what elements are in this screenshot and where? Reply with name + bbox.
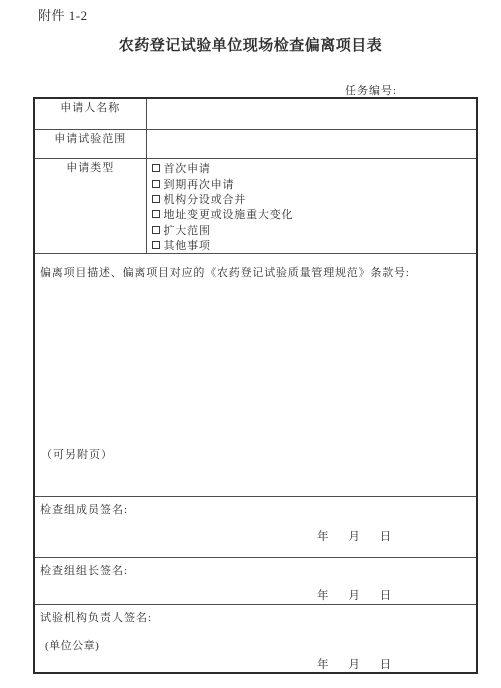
checkbox-icon[interactable]	[152, 226, 160, 234]
deviation-attach-note: （可另附页）	[41, 448, 113, 463]
deviation-heading: 偏离项目描述、偏离项目对应的《农药登记试验质量管理规范》条款号:	[40, 266, 470, 281]
task-number-label: 任务编号:	[345, 82, 397, 98]
page-title: 农药登记试验单位现场检查偏离项目表	[0, 34, 501, 55]
option-expiry-reapplication[interactable]: 到期再次申请	[152, 176, 477, 191]
applicant-name-row: 申请人名称	[34, 98, 477, 129]
team-leader-signature-field[interactable]: 检查组组长签名: 年 月 日	[34, 557, 477, 604]
option-expand-scope[interactable]: 扩大范围	[152, 222, 477, 237]
test-scope-field[interactable]	[146, 129, 477, 158]
team-leader-signature-label: 检查组组长签名:	[40, 562, 470, 578]
signature-row-team-leader: 检查组组长签名: 年 月 日	[34, 557, 477, 604]
option-label: 首次申请	[164, 160, 211, 176]
institution-head-signature-field[interactable]: 试验机构负责人签名: (单位公章) 年 月 日	[34, 604, 477, 673]
team-members-signature-label: 检查组成员签名:	[40, 501, 470, 517]
option-other-matters[interactable]: 其他事项	[152, 237, 477, 252]
document-page: 附件 1-2 农药登记试验单位现场检查偏离项目表 任务编号: 申请人名称 申请试…	[0, 0, 501, 688]
option-label: 其他事项	[164, 237, 211, 253]
team-members-signature-field[interactable]: 检查组成员签名: 年 月 日	[34, 496, 477, 557]
application-type-row: 申请类型 首次申请 到期再次申请 机构分设或合并 地址变更或设施重大变化	[34, 158, 477, 253]
application-type-options: 首次申请 到期再次申请 机构分设或合并 地址变更或设施重大变化 扩大范围	[146, 158, 477, 253]
checkbox-icon[interactable]	[152, 241, 160, 249]
signature-row-team-members: 检查组成员签名: 年 月 日	[34, 496, 477, 557]
option-label: 扩大范围	[164, 222, 211, 238]
option-first-application[interactable]: 首次申请	[152, 161, 477, 176]
checkbox-icon[interactable]	[152, 164, 160, 172]
date-line: 年 月 日	[317, 587, 470, 603]
option-label: 机构分设或合并	[164, 191, 247, 207]
option-address-facility-change[interactable]: 地址变更或设施重大变化	[152, 207, 477, 222]
application-type-label: 申请类型	[34, 158, 146, 253]
option-institution-split-merge[interactable]: 机构分设或合并	[152, 191, 477, 206]
checkbox-icon[interactable]	[152, 180, 160, 188]
signature-row-institution-head: 试验机构负责人签名: (单位公章) 年 月 日	[34, 604, 477, 673]
test-scope-row: 申请试验范围	[34, 129, 477, 158]
attachment-label: 附件 1-2	[38, 5, 88, 24]
deviation-description-row: 偏离项目描述、偏离项目对应的《农药登记试验质量管理规范》条款号: （可另附页）	[34, 253, 477, 496]
date-line: 年 月 日	[317, 528, 470, 544]
applicant-name-field[interactable]	[146, 98, 477, 129]
date-line: 年 月 日	[317, 656, 470, 672]
option-label: 到期再次申请	[164, 176, 235, 192]
applicant-name-label: 申请人名称	[34, 98, 146, 129]
checkbox-icon[interactable]	[152, 195, 160, 203]
option-label: 地址变更或设施重大变化	[164, 206, 294, 222]
checkbox-icon[interactable]	[152, 210, 160, 218]
deviation-form-table: 申请人名称 申请试验范围 申请类型 首次申请 到期再次申请 机构分设或合并	[33, 97, 478, 674]
deviation-description-field[interactable]: 偏离项目描述、偏离项目对应的《农药登记试验质量管理规范》条款号: （可另附页）	[34, 253, 477, 496]
institution-head-signature-label: 试验机构负责人签名:	[40, 609, 470, 625]
test-scope-label: 申请试验范围	[34, 129, 146, 158]
unit-seal-note: (单位公章)	[45, 637, 470, 653]
